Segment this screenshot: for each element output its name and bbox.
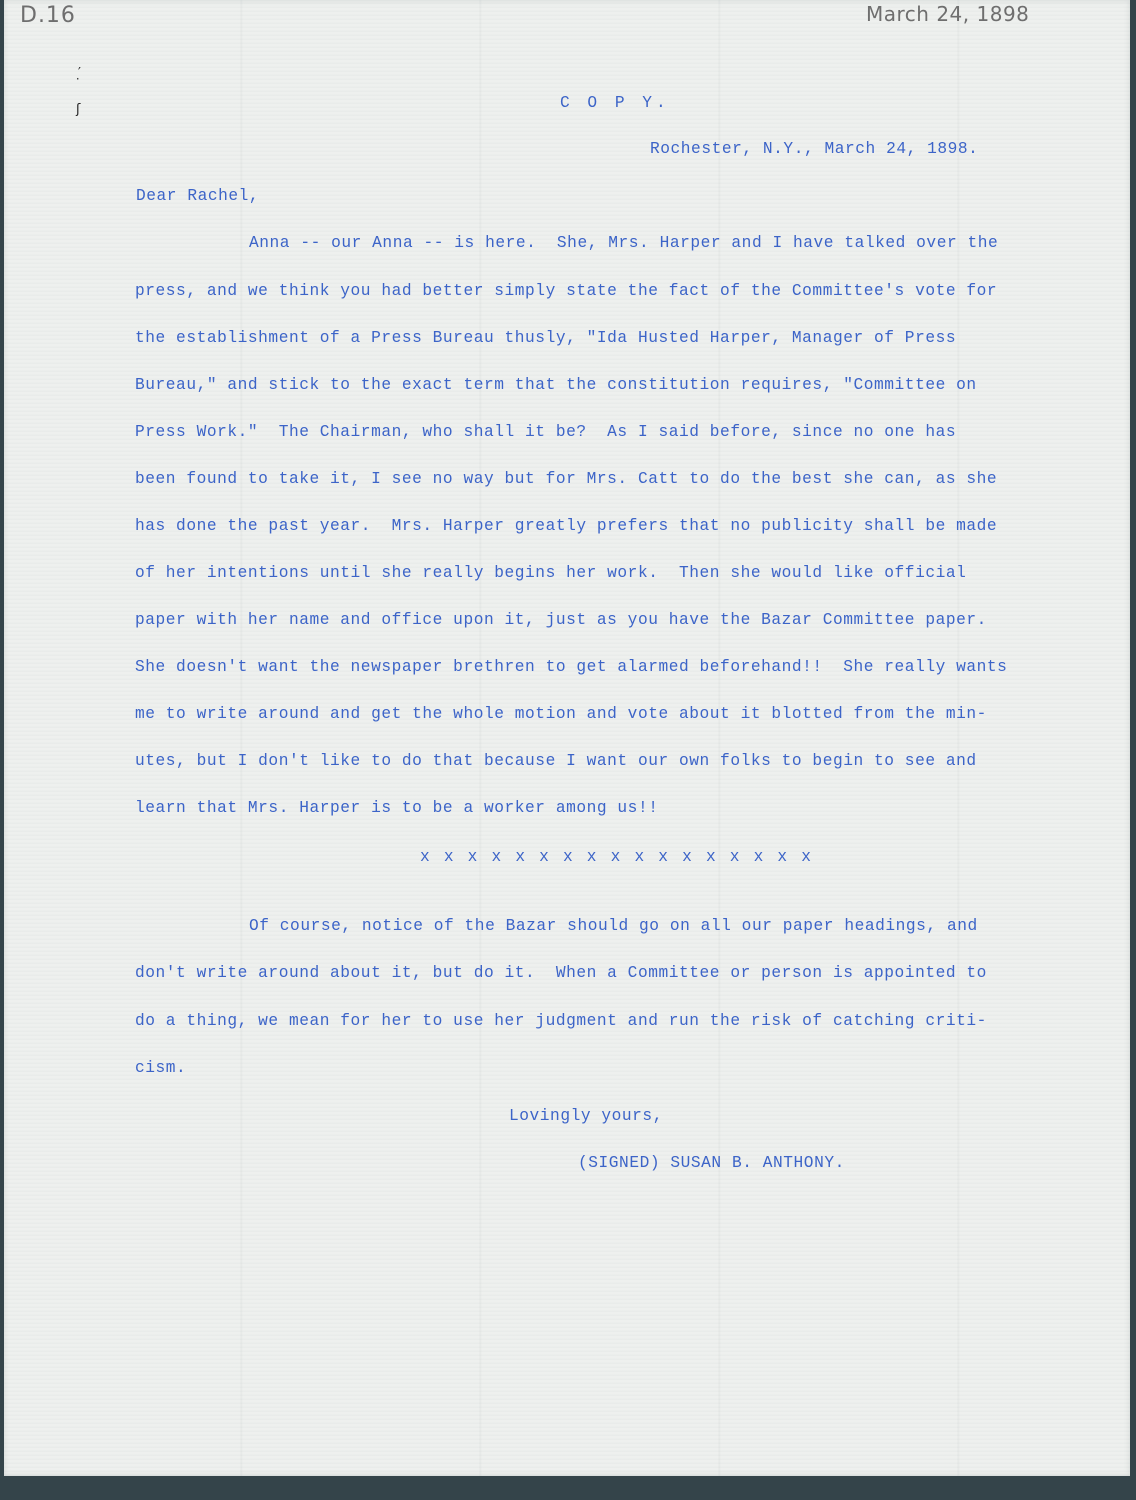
body-line: me to write around and get the whole mot… xyxy=(135,706,987,722)
body-line: press, and we think you had better simpl… xyxy=(135,283,997,299)
closing: Lovingly yours, xyxy=(509,1108,663,1124)
body-line: cism. xyxy=(135,1060,186,1076)
body-line: don't write around about it, but do it. … xyxy=(135,965,987,981)
body-line: She doesn't want the newspaper brethren … xyxy=(135,659,1007,675)
archive-pencil-date: March 24, 1898 xyxy=(866,2,1029,26)
body-line: Of course, notice of the Bazar should go… xyxy=(249,918,978,934)
body-line: Press Work." The Chairman, who shall it … xyxy=(135,424,956,440)
margin-mark: ʃ xyxy=(76,102,80,117)
body-line: utes, but I don't like to do that becaus… xyxy=(135,753,977,769)
copy-label: C O P Y. xyxy=(560,95,670,111)
body-line: paper with her name and office upon it, … xyxy=(135,612,987,628)
section-separator: x x x x x x x x x x x x x x x x x xyxy=(420,849,813,865)
body-line: of her intentions until she really begin… xyxy=(135,565,966,581)
body-line: Bureau," and stick to the exact term tha… xyxy=(135,377,977,393)
body-line: Anna -- our Anna -- is here. She, Mrs. H… xyxy=(249,235,998,251)
body-line: learn that Mrs. Harper is to be a worker… xyxy=(135,800,658,816)
margin-mark: ′̣ xyxy=(78,66,81,81)
archive-reference-number: D.16 xyxy=(20,3,76,28)
body-line: the establishment of a Press Bureau thus… xyxy=(135,330,956,346)
body-line: do a thing, we mean for her to use her j… xyxy=(135,1013,987,1029)
salutation: Dear Rachel, xyxy=(136,188,259,204)
signature: (SIGNED) SUSAN B. ANTHONY. xyxy=(578,1155,845,1171)
body-line: been found to take it, I see no way but … xyxy=(135,471,997,487)
dateline: Rochester, N.Y., March 24, 1898. xyxy=(650,141,978,157)
body-line: has done the past year. Mrs. Harper grea… xyxy=(135,518,997,534)
letter-page: D.16 March 24, 1898 ′̣ ʃ C O P Y. Roches… xyxy=(4,0,1130,1476)
